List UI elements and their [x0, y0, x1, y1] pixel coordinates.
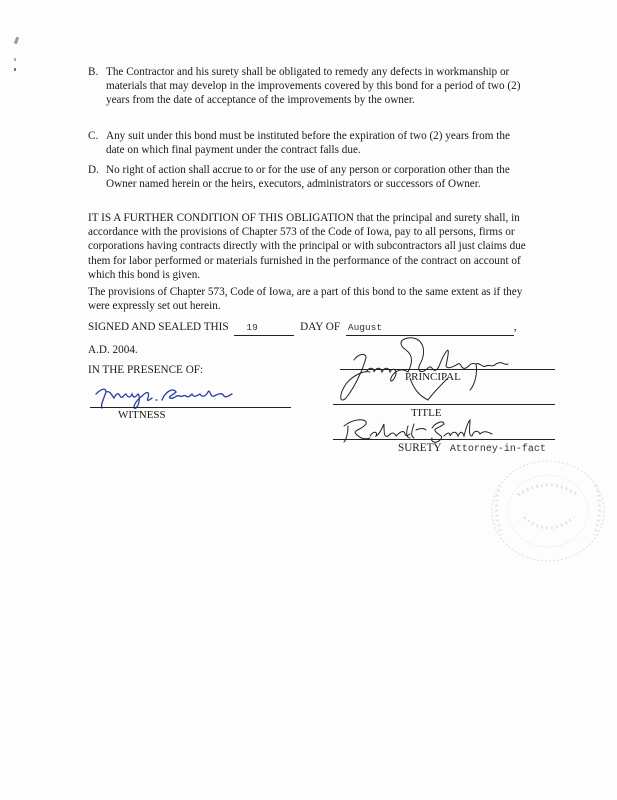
day-of-label: DAY OF — [300, 321, 340, 333]
clause-letter: D. — [88, 163, 99, 177]
surety-role: Attorney-in-fact — [450, 444, 546, 455]
scan-speck — [14, 68, 16, 71]
witness-signature — [92, 384, 252, 414]
month-field: August — [346, 320, 514, 336]
clause-d: D. No right of action shall accrue to or… — [88, 163, 528, 191]
scan-speck — [14, 37, 19, 45]
notary-seal-icon — [488, 455, 608, 565]
clause-letter: B. — [88, 65, 98, 79]
scan-speck — [14, 58, 16, 61]
principal-label: PRINCIPAL — [405, 370, 461, 384]
day-field: 19 — [234, 320, 294, 336]
surety-label: SURETY — [398, 442, 441, 454]
month-value: August — [348, 322, 382, 333]
document-page: B. The Contractor and his surety shall b… — [0, 0, 617, 800]
surety-signature-line — [333, 439, 555, 440]
title-line — [333, 404, 555, 405]
clause-text: Any suit under this bond must be institu… — [106, 129, 511, 157]
clause-text: No right of action shall accrue to or fo… — [106, 163, 536, 191]
day-value: 19 — [246, 322, 257, 333]
further-condition-paragraph: IT IS A FURTHER CONDITION OF THIS OBLIGA… — [88, 211, 536, 282]
presence-heading: IN THE PRESENCE OF: — [88, 363, 203, 377]
clause-text: The Contractor and his surety shall be o… — [106, 65, 524, 108]
clause-b: B. The Contractor and his surety shall b… — [88, 65, 528, 108]
witness-label: WITNESS — [118, 408, 166, 422]
clause-letter: C. — [88, 129, 98, 143]
provisions-paragraph: The provisions of Chapter 573, Code of I… — [88, 285, 534, 313]
signed-sealed-line: SIGNED AND SEALED THIS 19 DAY OF August … — [88, 320, 517, 336]
clause-c: C. Any suit under this bond must be inst… — [88, 129, 528, 157]
signed-prefix: SIGNED AND SEALED THIS — [88, 321, 229, 333]
year-line: A.D. 2004. — [88, 343, 138, 357]
comma: , — [514, 321, 517, 333]
